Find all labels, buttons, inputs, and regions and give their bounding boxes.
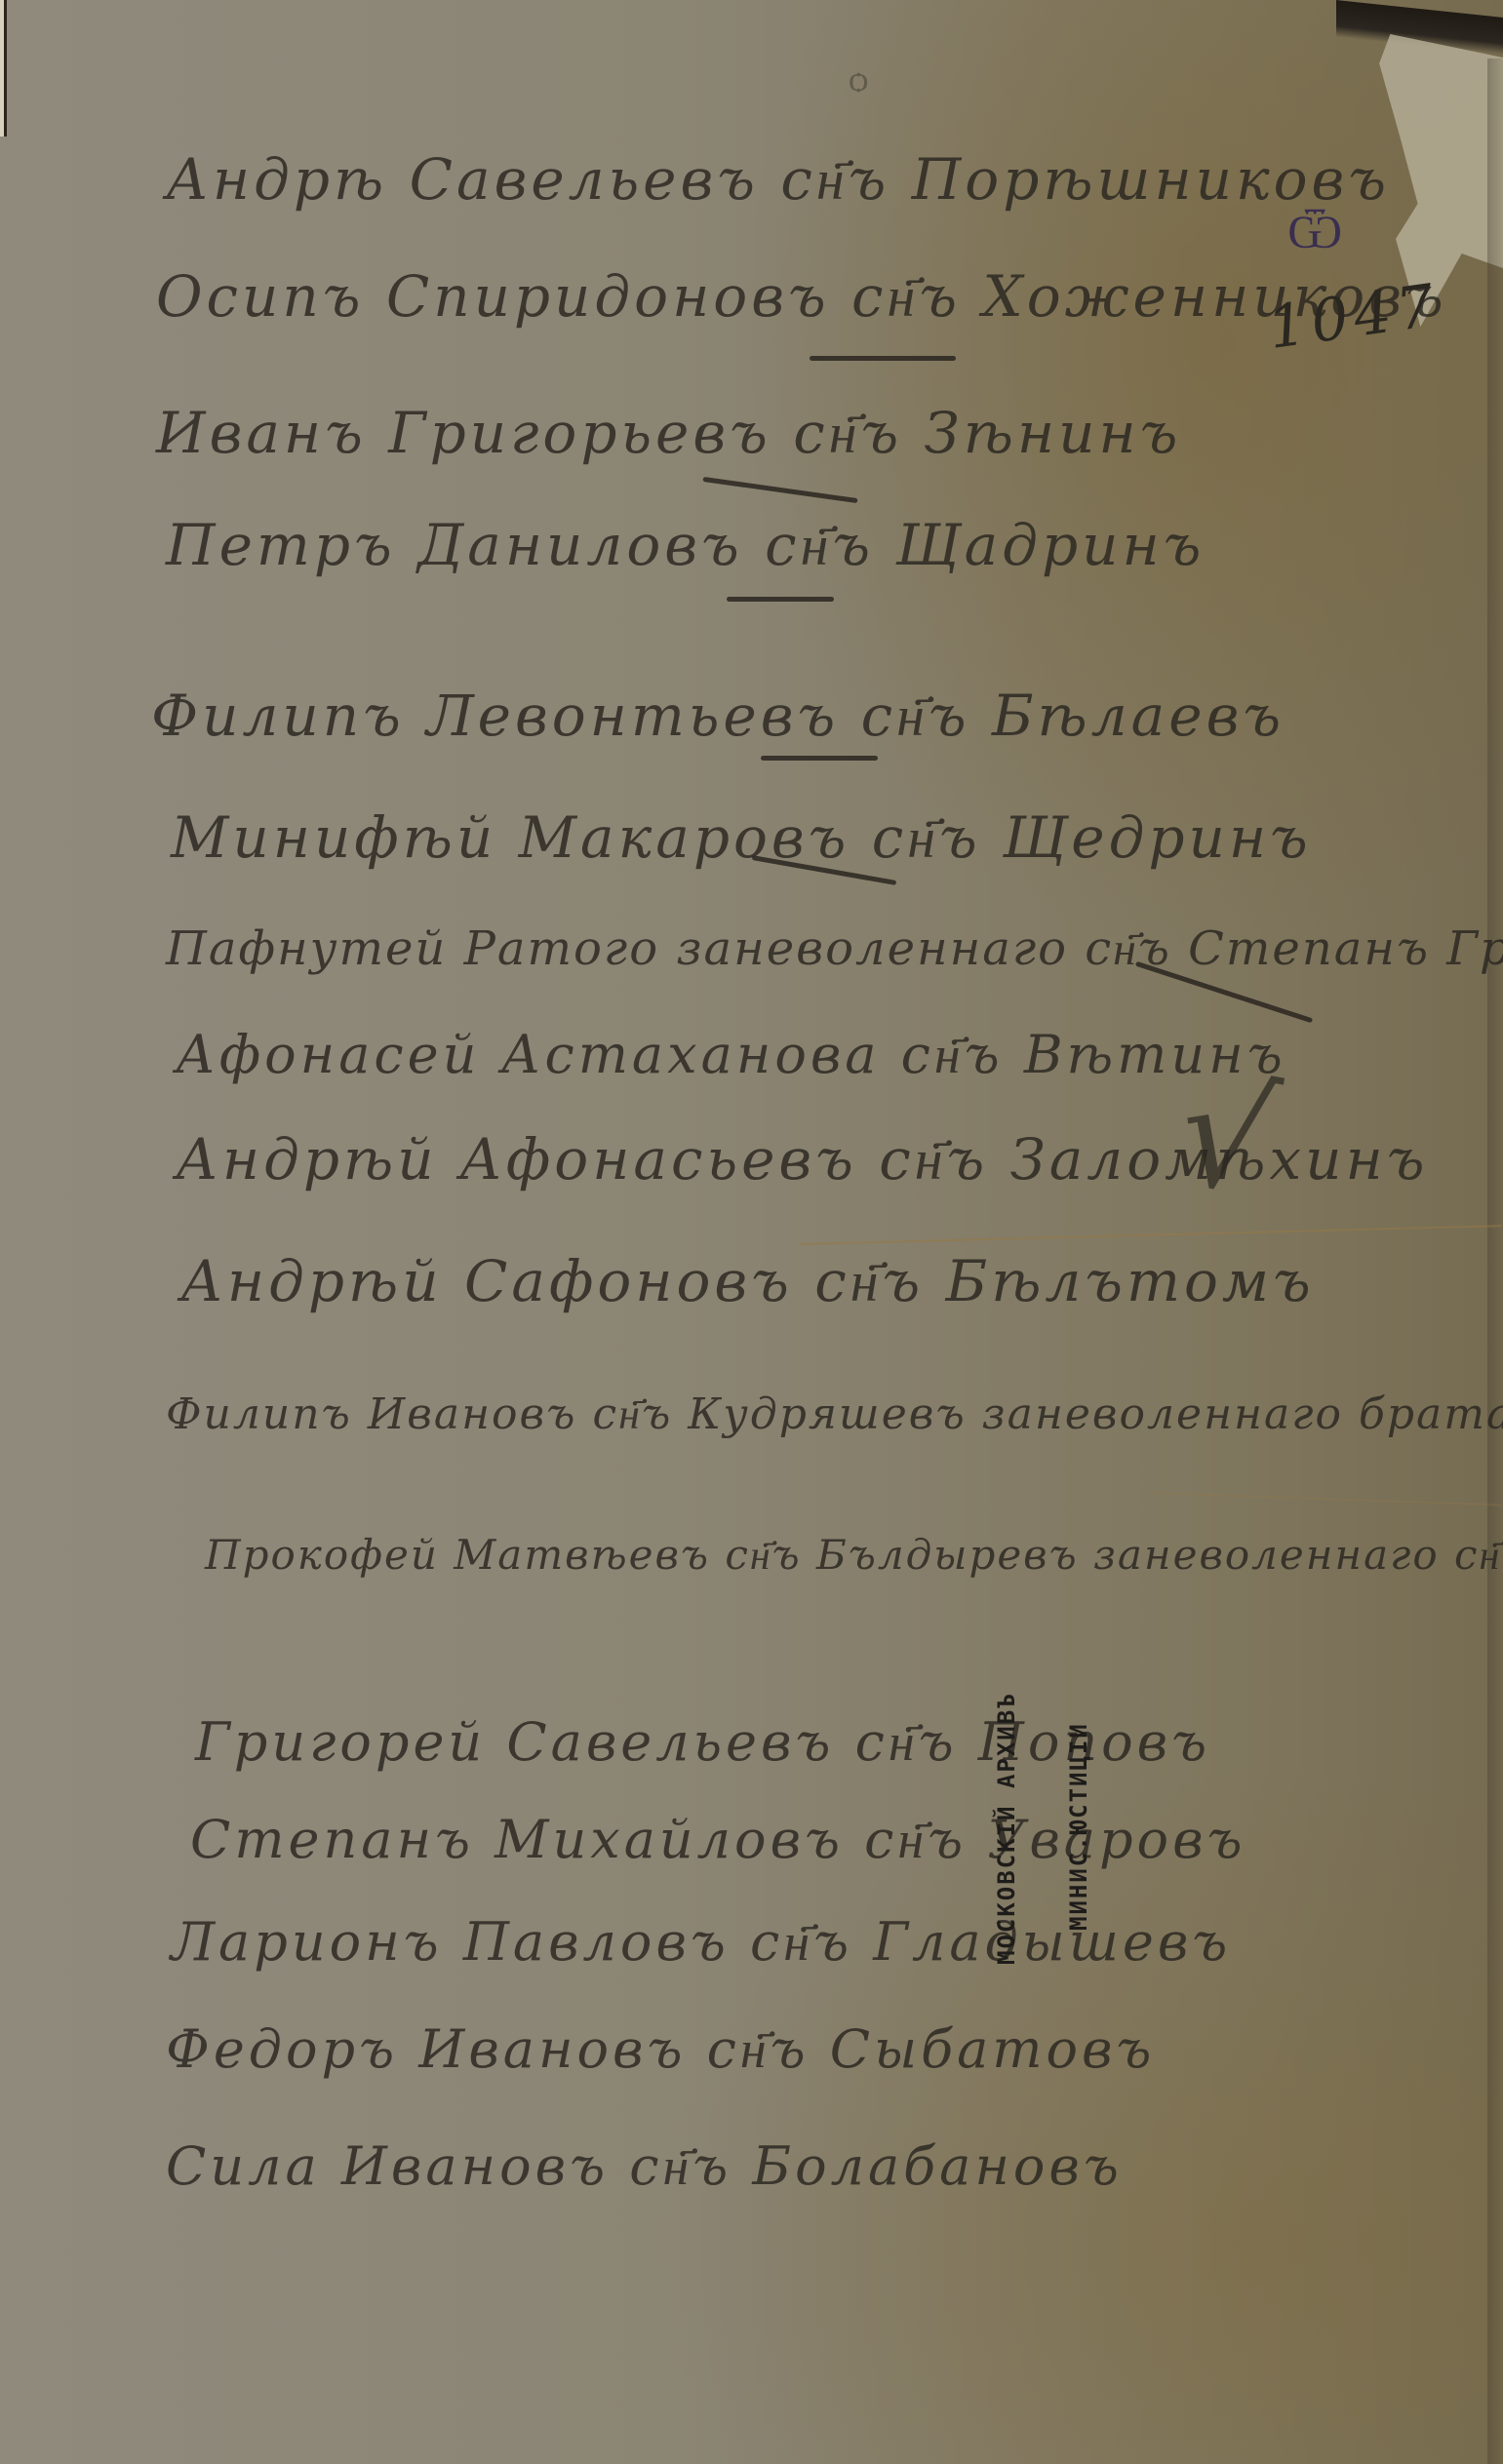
manuscript-line: Иванъ Григорьевъ сн҃ъ Зѣнинъ bbox=[156, 400, 1181, 466]
manuscript-line: Пафнутей Ратого заневоленнаго сн҃ъ Степа… bbox=[166, 921, 1503, 976]
manuscript-line: Филипъ Левонтьевъ сн҃ъ Бѣлаевъ bbox=[151, 683, 1285, 749]
left-binding-edge bbox=[0, 0, 14, 137]
manuscript-line: Федоръ Ивановъ сн҃ъ Сыбатовъ bbox=[166, 2018, 1155, 2080]
paper-crease bbox=[800, 1225, 1502, 1245]
right-page-edge bbox=[1487, 59, 1503, 2464]
manuscript-line: Филипъ Ивановъ сн҃ъ Кудряшевъ заневоленн… bbox=[166, 1389, 1503, 1439]
manuscript-line: Андрѣ Савельевъ сн҃ъ Порѣшниковъ bbox=[166, 146, 1390, 213]
archive-stamp: МОСКОВСКІЙ АРХИВЪ МИНИС.ЮСТИЦІИ bbox=[985, 1648, 1141, 1970]
top-mark: ѻ bbox=[849, 59, 868, 99]
stamp-line-ministry: МИНИС.ЮСТИЦІИ bbox=[1065, 1722, 1092, 1931]
underline-stroke bbox=[761, 756, 878, 761]
manuscript-line: Петръ Даниловъ сн҃ъ Щадринъ bbox=[166, 512, 1205, 578]
underline-stroke bbox=[727, 597, 834, 602]
manuscript-line: Сила Ивановъ сн҃ъ Болабановъ bbox=[166, 2135, 1123, 2197]
margin-mark: Ѿ bbox=[1287, 205, 1342, 259]
manuscript-line: Минифѣй Макаровъ сн҃ъ Щедринъ bbox=[171, 804, 1312, 871]
manuscript-line: Андрѣй Сафоновъ сн҃ъ Бѣлътомъ bbox=[180, 1248, 1315, 1314]
underline-stroke bbox=[810, 356, 956, 361]
stamp-line-archive: МОСКОВСКІЙ АРХИВЪ bbox=[993, 1692, 1020, 1965]
manuscript-page: ѻ Ѿ 1047 √ Андрѣ Савельевъ сн҃ъ Порѣшник… bbox=[0, 0, 1503, 2464]
manuscript-line: Афонасей Астаханова сн҃ъ Вѣтинъ bbox=[176, 1024, 1286, 1085]
manuscript-line: Прокофей Матвѣевъ сн҃ъ Бълдыревъ заневол… bbox=[205, 1531, 1503, 1580]
manuscript-line: Осипъ Спиридоновъ сн҃ъ Хоженниковъ bbox=[156, 263, 1447, 330]
manuscript-line: Андрѣй Афонасьевъ сн҃ъ Заломѣхинъ bbox=[176, 1126, 1428, 1193]
paper-crease bbox=[1151, 1492, 1502, 1506]
underline-stroke bbox=[702, 477, 857, 503]
